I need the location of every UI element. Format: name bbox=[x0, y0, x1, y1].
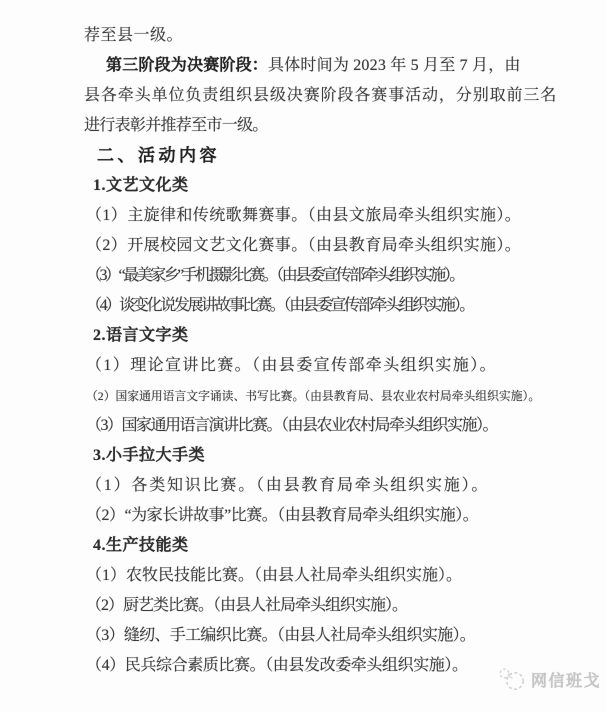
doc-line: （1）各类知识比赛。（由县教育局牵头组织实施）。 bbox=[84, 471, 554, 501]
doc-line: 2.语言文字类 bbox=[84, 321, 554, 351]
watermark-label: 网信班戈 bbox=[531, 668, 601, 691]
line-text: 具体时间为 2023 年 5 月至 7 月，由 bbox=[268, 57, 521, 74]
doc-line: （3）缝纫、手工编织比赛。（由县人社局牵头组织实施）。 bbox=[84, 621, 554, 651]
doc-line: （2）“为家长讲故事”比赛。（由县教育局牵头组织实施）。 bbox=[84, 501, 554, 531]
document-page: 荐至县一级。第三阶段为决赛阶段：具体时间为 2023 年 5 月至 7 月，由县… bbox=[0, 0, 606, 712]
megaphone-badge-icon bbox=[497, 666, 527, 692]
doc-line: （4）民兵综合素质比赛。（由县发改委牵头组织实施）。 bbox=[84, 651, 554, 681]
doc-line: （2）厨艺类比赛。（由县人社局牵头组织实施）。 bbox=[84, 591, 554, 621]
doc-line: （2）国家通用语言文字诵读、书写比赛。（由县教育局、县农业农村局牵头组织实施）。 bbox=[84, 381, 554, 411]
document-text: 荐至县一级。第三阶段为决赛阶段：具体时间为 2023 年 5 月至 7 月，由县… bbox=[0, 0, 606, 681]
doc-line: 4.生产技能类 bbox=[84, 531, 554, 561]
doc-line: 二、活动内容 bbox=[84, 141, 554, 171]
doc-line: 3.小手拉大手类 bbox=[84, 441, 554, 471]
doc-line: 进行表彰并推荐至市一级。 bbox=[84, 111, 554, 141]
doc-line: （2）开展校园文艺文化赛事。（由县教育局牵头组织实施）。 bbox=[84, 231, 554, 261]
bold-lead: 第三阶段为决赛阶段： bbox=[106, 57, 268, 74]
watermark: 网信班戈 bbox=[497, 666, 601, 692]
doc-line: 荐至县一级。 bbox=[84, 21, 554, 51]
doc-line: （3）国家通用语言演讲比赛。（由县农业农村局牵头组织实施）。 bbox=[84, 411, 554, 441]
doc-line: （3）“最美家乡”手机摄影比赛。（由县委宣传部牵头组织实施）。 bbox=[84, 261, 554, 291]
doc-line: （1）理论宣讲比赛。（由县委宣传部牵头组织实施）。 bbox=[84, 351, 554, 381]
doc-line: 第三阶段为决赛阶段：具体时间为 2023 年 5 月至 7 月，由 bbox=[84, 51, 554, 81]
doc-line: （1）主旋律和传统歌舞赛事。（由县文旅局牵头组织实施）。 bbox=[84, 201, 554, 231]
doc-line: 县各牵头单位负责组织县级决赛阶段各赛事活动，分别取前三名 bbox=[84, 81, 554, 111]
doc-line: （4）谈变化说发展讲故事比赛。（由县委宣传部牵头组织实施）。 bbox=[84, 291, 554, 321]
doc-line: 1.文艺文化类 bbox=[84, 171, 554, 201]
doc-line: （1）农牧民技能比赛。（由县人社局牵头组织实施）。 bbox=[84, 561, 554, 591]
